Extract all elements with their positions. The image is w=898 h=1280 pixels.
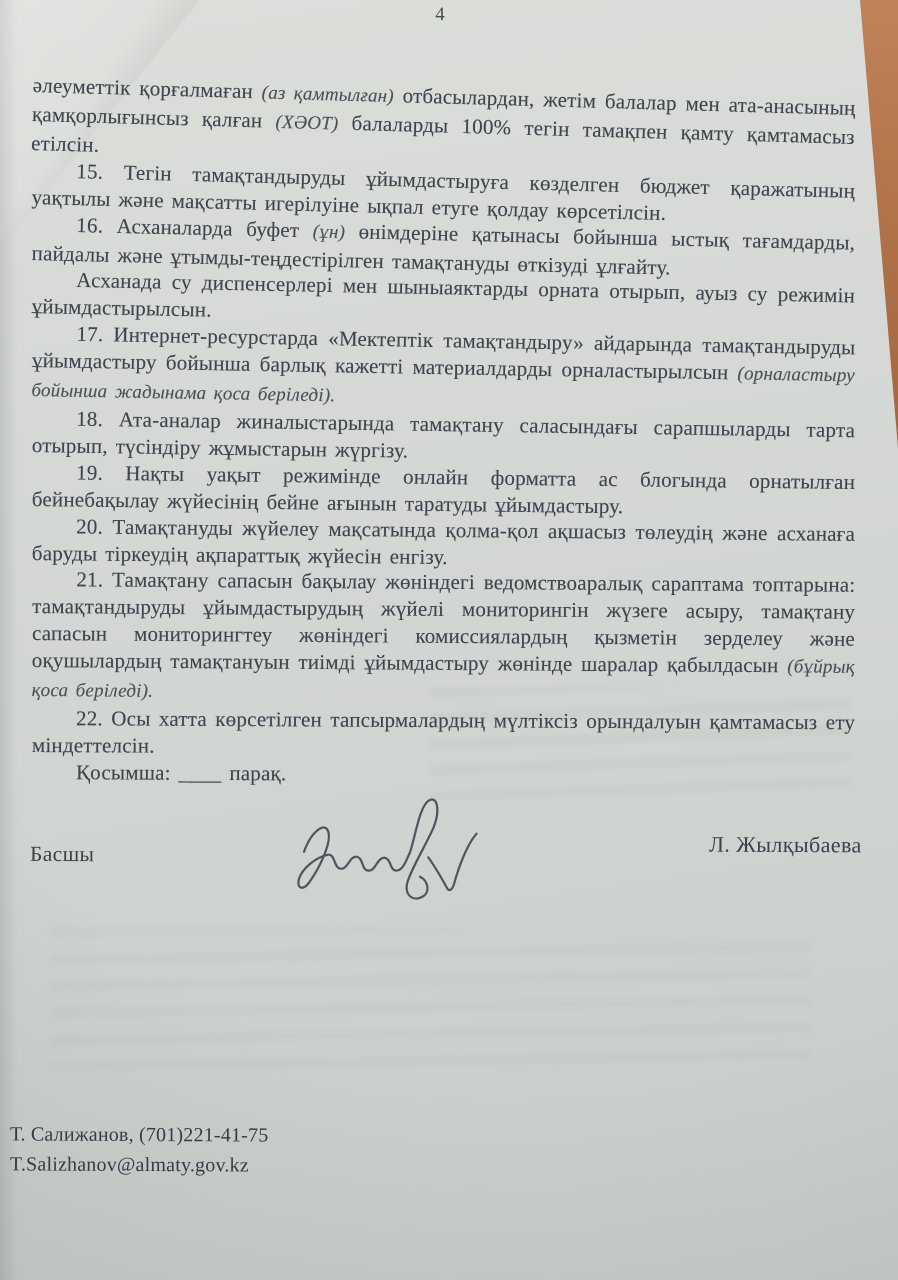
page-number: 4 — [0, 4, 880, 26]
paragraph-note-italic: (ұн) — [312, 221, 345, 243]
paragraph-text: 19. Нақты уақыт режимінде онлайн форматт… — [32, 460, 856, 518]
paragraph-text: 20. Тамақтануды жүйелеу мақсатында қолма… — [32, 514, 855, 568]
signatory-title: Басшы — [30, 842, 95, 867]
paragraph: 22. Осы хатта көрсетілген тапсырмалардың… — [32, 705, 855, 763]
paragraph: 21. Тамақтану сапасын бақылау жөніндегі … — [32, 566, 856, 710]
paragraph: 20. Тамақтануды жүйелеу мақсатында қолма… — [32, 513, 855, 575]
paragraph-text: 22. Осы хатта көрсетілген тапсырмалардың… — [32, 706, 855, 757]
table-surface-corner — [860, 0, 898, 448]
paragraph: 17. Интернет-ресурстарда «Мектептік тама… — [31, 320, 855, 419]
document-body: әлеуметтік қорғалмаған (аз қамтылған) от… — [32, 72, 855, 786]
paragraph-note-italic: (аз қамтылған) — [261, 82, 394, 107]
scanned-document-page: 4 әлеуметтік қорғалмаған (аз қамтылған) … — [0, 0, 898, 1280]
paragraph-note-italic: (ХӘОТ) — [275, 112, 339, 135]
paragraph-text: 18. Ата-аналар жиналыстарында тамақтану … — [32, 407, 856, 463]
executor-contact-block: Т. Салижанов, (701)221-41-75 T.Salizhano… — [10, 1119, 269, 1180]
paragraph: 19. Нақты уақыт режимінде онлайн форматт… — [32, 459, 856, 523]
signatory-name: Л. Жылқыбаева — [709, 832, 862, 859]
paragraph-text: 17. Интернет-ресурстарда «Мектептік тама… — [32, 322, 856, 384]
executor-name-phone: Т. Салижанов, (701)221-41-75 — [10, 1119, 269, 1150]
paragraph-text: 16. Асханаларда буфет — [76, 213, 313, 242]
paragraph-text: Қосымша: ____ парақ. — [76, 760, 287, 785]
paragraph-text: әлеуметтік қорғалмаған — [32, 73, 262, 103]
paragraph-text: 21. Тамақтану сапасын бақылау жөніндегі … — [32, 568, 856, 678]
bleed-through-text — [50, 928, 810, 1068]
handwritten-signature-icon — [280, 782, 484, 919]
executor-email: T.Salizhanov@almaty.gov.kz — [10, 1149, 269, 1180]
